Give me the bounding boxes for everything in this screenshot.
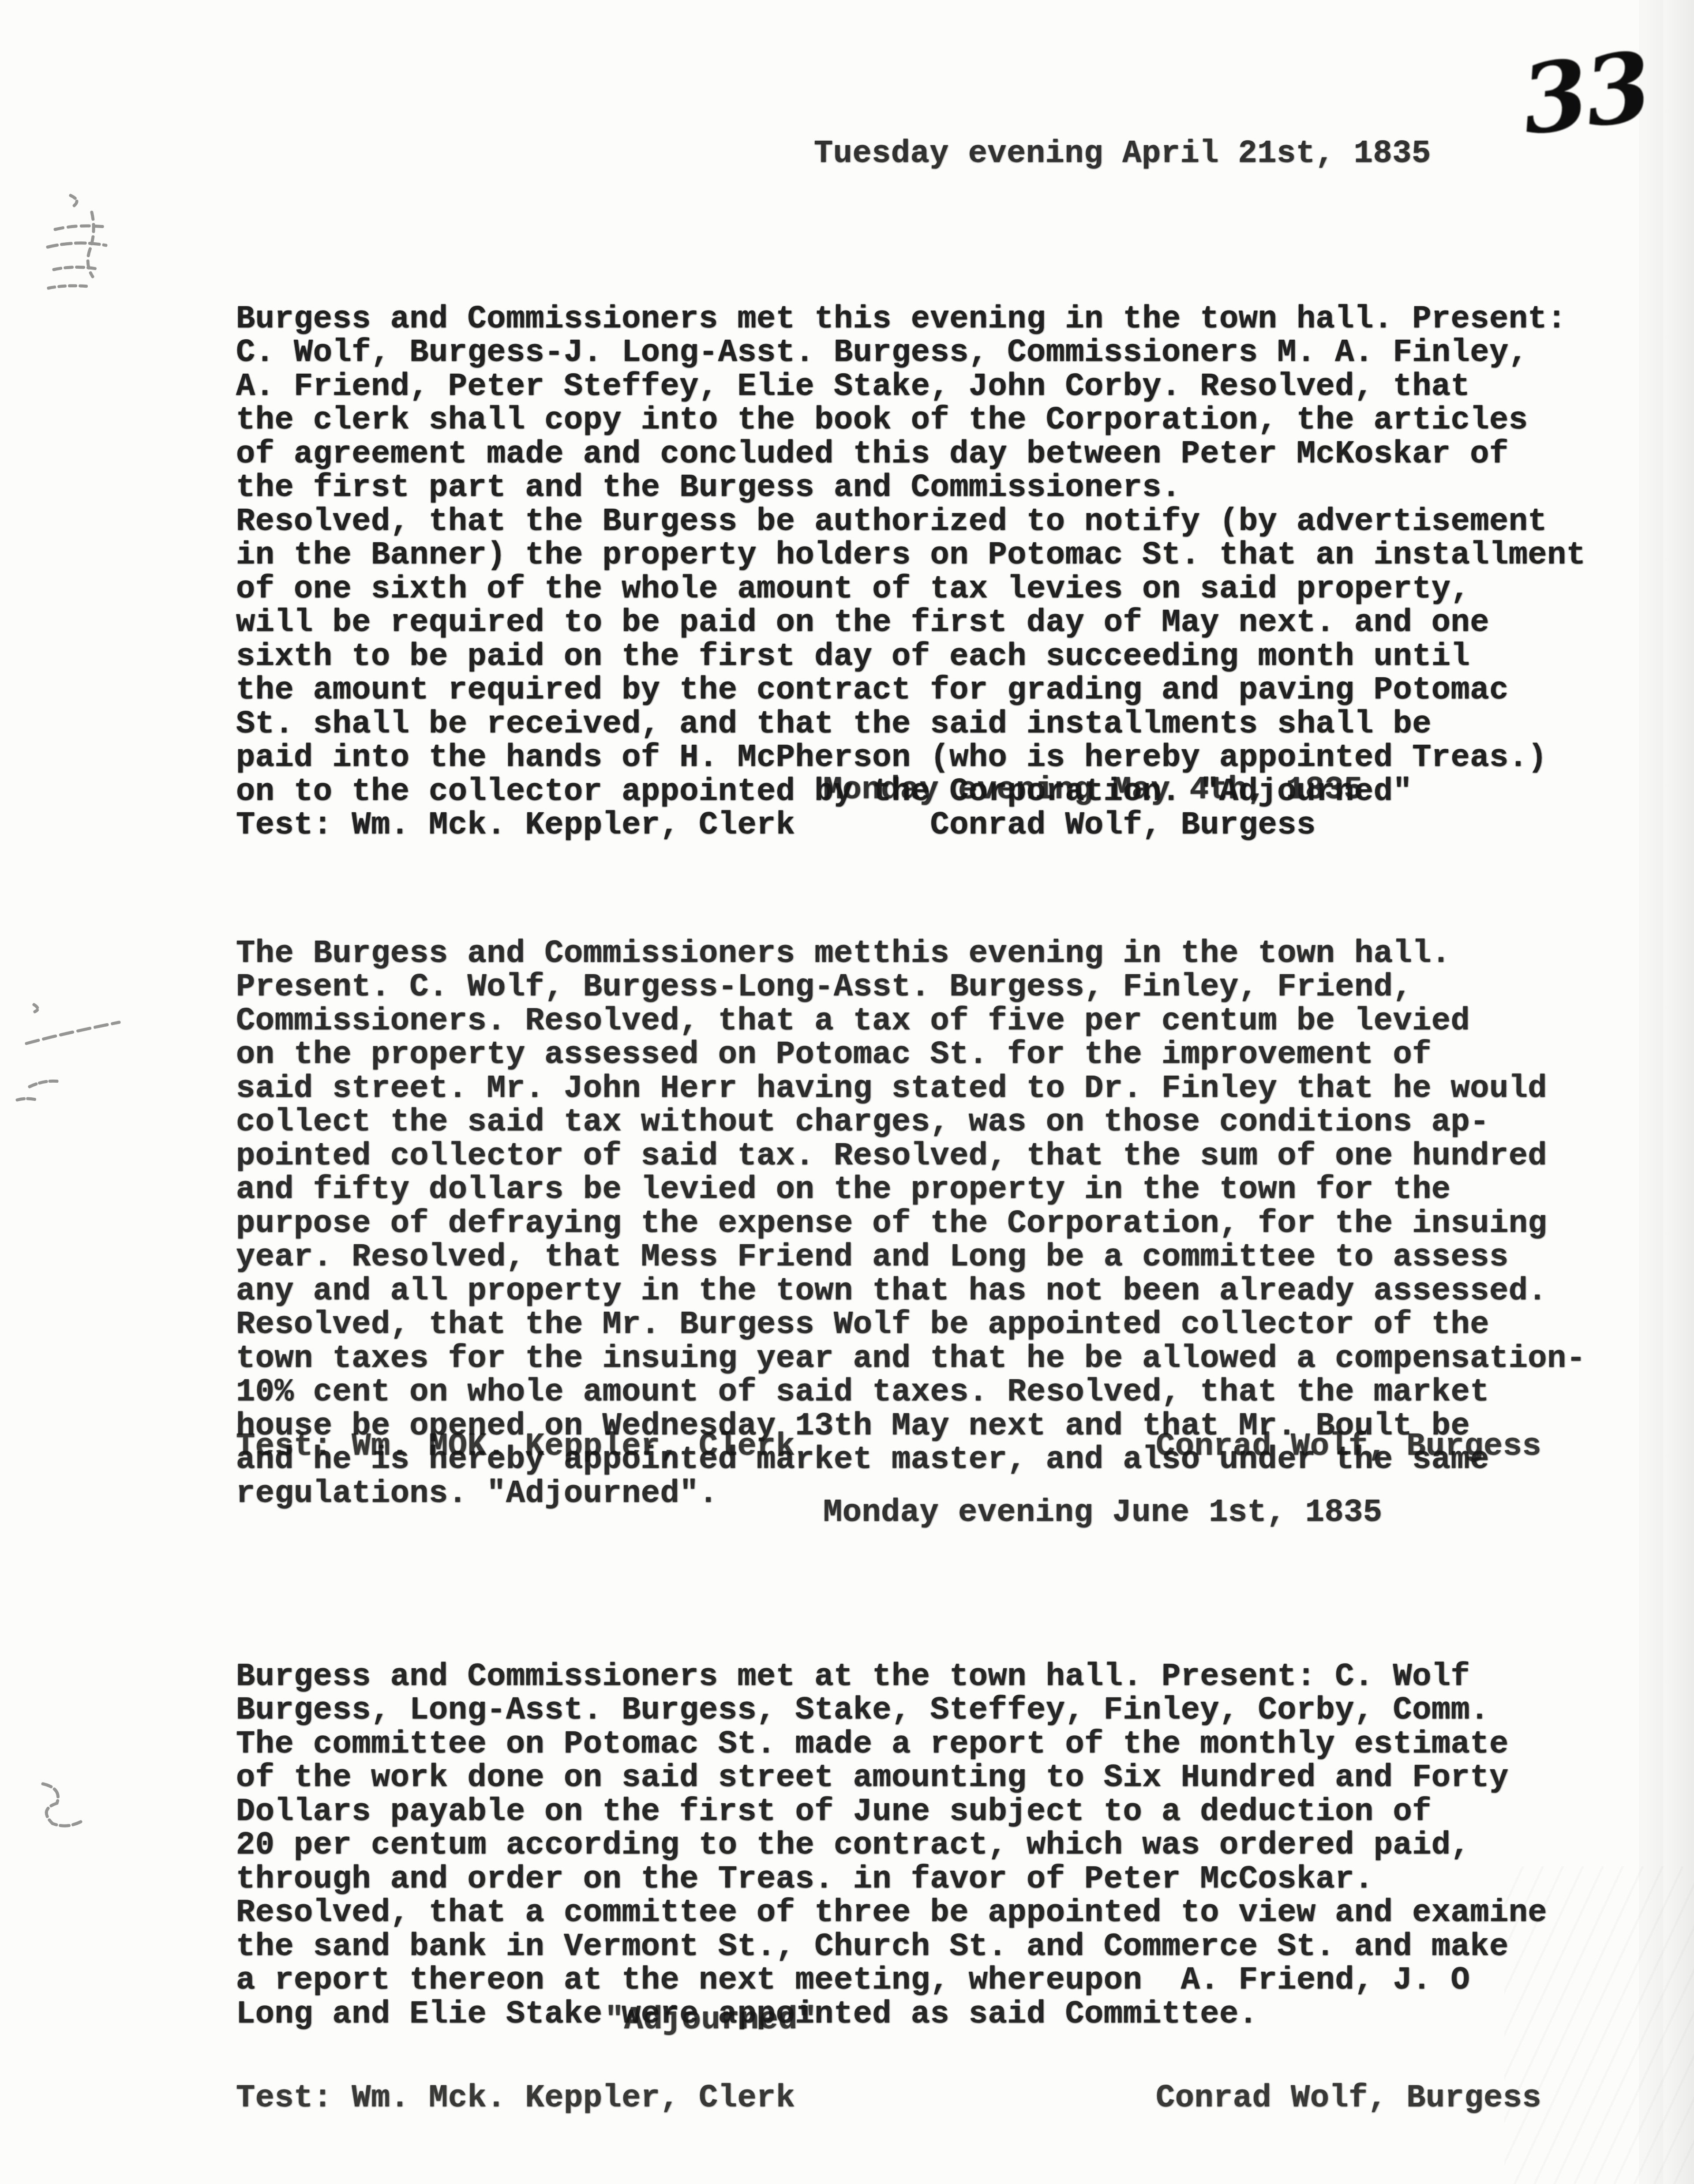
text-line: purpose of defraying the expense of the … [236, 1207, 1586, 1241]
text-line: paid into the hands of H. McPherson (who… [236, 741, 1586, 775]
text-line: of one sixth of the whole amount of tax … [236, 572, 1586, 606]
text-line: the clerk shall copy into the book of th… [236, 403, 1586, 437]
scanned-minutes-page: 33 Tuesday evening April 21st, 1835 Burg… [0, 0, 1694, 2184]
text-line: and fifty dollars be levied on the prope… [236, 1173, 1586, 1207]
text-line: Resolved, that the Mr. Burgess Wolf be a… [236, 1308, 1586, 1342]
text-line: Long and Elie Stake were appointed as sa… [236, 1997, 1547, 2031]
text-line: collect the said tax without charges, wa… [236, 1105, 1586, 1139]
text-line: Burgess, Long-Asst. Burgess, Stake, Stef… [236, 1693, 1547, 1727]
handwritten-page-number: 33 [1516, 30, 1655, 156]
text-line: 10% cent on whole amount of said taxes. … [236, 1375, 1586, 1409]
text-line: year. Resolved, that Mess Friend and Lon… [236, 1240, 1586, 1274]
minutes-paragraph-june-1: Burgess and Commissioners met at the tow… [236, 1558, 1547, 2031]
text-line: the first part and the Burgess and Commi… [236, 471, 1586, 505]
text-line: Resolved, that the Burgess be authorized… [236, 505, 1586, 539]
text-line: said street. Mr. John Herr having stated… [236, 1072, 1586, 1106]
adjourned-note: "Adjourned" [605, 2003, 817, 2037]
text-line: pointed collector of said tax. Resolved,… [236, 1139, 1586, 1173]
attestation-left-june-1: Test: Wm. Mck. Keppler, Clerk [236, 2081, 795, 2115]
section-heading-may-4: Monday evening May 4th, 1835 [823, 773, 1363, 807]
text-line: on the property assessed on Potomac St. … [236, 1038, 1586, 1072]
margin-scribble-top [22, 183, 141, 342]
minutes-paragraph-april-21: Burgess and Commissioners met this eveni… [236, 201, 1586, 842]
text-line: sixth to be paid on the first day of eac… [236, 640, 1586, 674]
text-line: will be required to be paid on the first… [236, 606, 1586, 640]
scan-streak [1639, 0, 1663, 2184]
text-line: through and order on the Treas. in favor… [236, 1862, 1547, 1896]
text-line: Burgess and Commissioners met this eveni… [236, 302, 1586, 336]
text-line: Present. C. Wolf, Burgess-Long-Asst. Bur… [236, 970, 1586, 1004]
text-line: the sand bank in Vermont St., Church St.… [236, 1930, 1547, 1964]
minutes-paragraph-may-4: The Burgess and Commissioners metthis ev… [236, 835, 1586, 1510]
text-line: St. shall be received, and that the said… [236, 707, 1586, 741]
text-line: a report thereon at the next meeting, wh… [236, 1963, 1547, 1997]
text-line: of agreement made and concluded this day… [236, 437, 1586, 471]
text-line: of the work done on said street amountin… [236, 1761, 1547, 1795]
attestation-left-may-4: Test: Wm. MOK. Keppler, Clerk [236, 1430, 795, 1464]
margin-scribble-middle [7, 995, 126, 1110]
text-line: any and all property in the town that ha… [236, 1274, 1586, 1308]
text-line: The committee on Potomac St. made a repo… [236, 1727, 1547, 1761]
text-line: in the Banner) the property holders on P… [236, 538, 1586, 572]
text-line: The Burgess and Commissioners metthis ev… [236, 937, 1586, 971]
text-line: 20 per centum according to the contract,… [236, 1828, 1547, 1862]
text-line: Resolved, that a committee of three be a… [236, 1896, 1547, 1930]
text-line: A. Friend, Peter Steffey, Elie Stake, Jo… [236, 370, 1586, 404]
text-line: town taxes for the insuing year and that… [236, 1342, 1586, 1376]
margin-scribble-bottom [15, 1771, 112, 1855]
attestation-right-june-1: Conrad Wolf, Burgess [1156, 2081, 1541, 2115]
text-line: Commissioners. Resolved, that a tax of f… [236, 1004, 1586, 1038]
section-heading-june-1: Monday evening June 1st, 1835 [823, 1496, 1383, 1530]
text-line: Dollars payable on the first of June sub… [236, 1795, 1547, 1829]
text-line: Burgess and Commissioners met at the tow… [236, 1660, 1547, 1694]
text-line: the amount required by the contract for … [236, 673, 1586, 707]
section-heading-april-21: Tuesday evening April 21st, 1835 [814, 137, 1431, 171]
attestation-right-may-4: Conrad Wolf, Burgess [1156, 1430, 1541, 1464]
text-line: C. Wolf, Burgess-J. Long-Asst. Burgess, … [236, 336, 1586, 370]
